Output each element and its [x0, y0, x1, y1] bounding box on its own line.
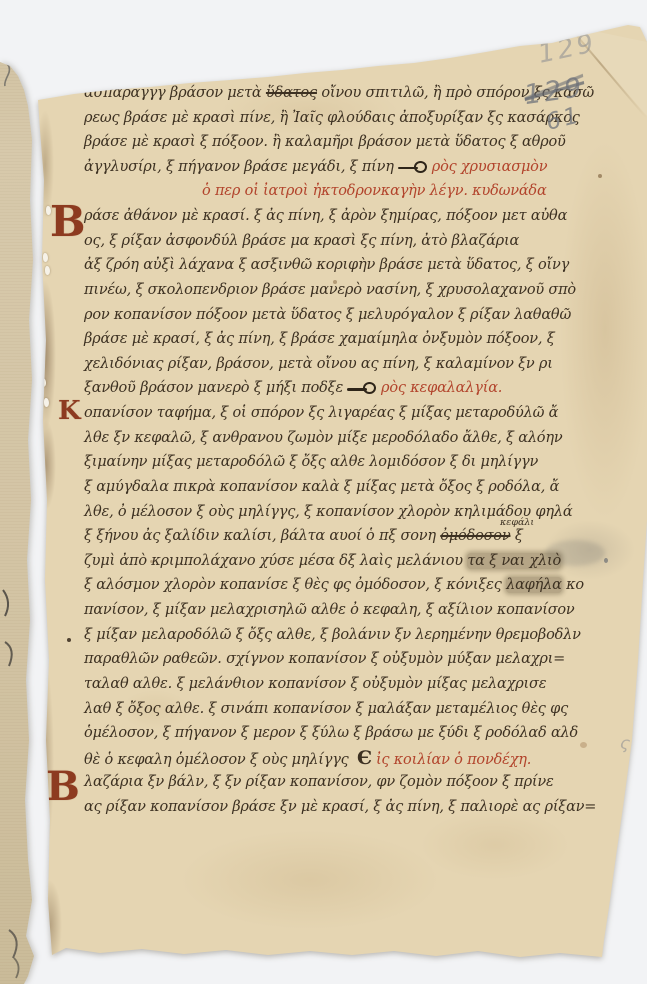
body-text: βράσε μὲ κρασὶ ξ πόξοον. ἢ καλαμῆρι βράσ… [84, 134, 566, 150]
manuscript-line: Βράσε ἀθάνον μὲ κρασί. ξ ἀς πίνη, ξ ἀρὸν… [84, 204, 567, 229]
body-text: ος, ξ ρίξαν ἀσφονδύλ βράσε μα κρασὶ ξς π… [84, 233, 519, 249]
sewing-thread [40, 632, 45, 641]
manuscript-line: ὁ περ οἱ ἰατροὶ ἠκτοδρονκαγὴν λέγν. κυδω… [202, 179, 547, 204]
manuscript-line: ος, ξ ρίξαν ἀσφονδύλ βράσε μα κρασὶ ξς π… [84, 229, 519, 254]
manuscript-leaf-wrap: ἀσπαραγγγ βράσον μετὰ ὕδατος οἴνου σπιτι… [0, 0, 647, 984]
rubric-text: ἰς κοιλίαν ὁ πονδέχη. [376, 752, 531, 768]
pencil-dot [604, 558, 608, 563]
manuscript-line: ξ ξήνου ἀς ξαλίδιν καλίσι, βάλτα αυοί ὁ … [84, 524, 523, 549]
body-text: πανίσον, ξ μίξαν μελαχρισηλῶ αλθε ὀ κεφα… [84, 602, 575, 618]
body-text: Є [353, 747, 376, 769]
gutter-stain [34, 660, 54, 860]
body-text: βράσε μὲ κρασί, ξ ἀς πίνη, ξ βράσε χαμαί… [84, 331, 555, 347]
paper-stain [180, 830, 440, 930]
body-text: ξ μίξαν μελαροδόλῶ ξ ὄξς αλθε, ξ βολάνιν… [84, 627, 581, 643]
body-text: ἀξ ζρόη αὐξὶ λάχανα ξ ασξινθῶ κοριφὴν βρ… [84, 257, 569, 273]
manuscript-line: ξ μίξαν μελαροδόλῶ ξ ὄξς αλθε, ξ βολάνιν… [84, 623, 581, 648]
body-text: ρον κοπανίσον πόξοον μετὰ ὕδατος ξ μελυρ… [84, 307, 571, 323]
body-text: ξ ξήνου ἀς ξαλίδιν καλίσι, βάλτα αυοί ὁ … [84, 528, 440, 544]
manuscript-page: ἀσπαραγγγ βράσον μετὰ ὕδατος οἴνου σπιτι… [0, 0, 647, 984]
body-text: λαζάρια ξν βάλν, ξ ξν ρίξαν κοπανίσον, φ… [84, 774, 554, 790]
manicule-nota-icon [398, 160, 428, 172]
pencil-annotation: ς [619, 733, 635, 755]
manuscript-line: ας ρίξαν κοπανίσον βράσε ξν μὲ κρασί, ξ … [84, 795, 596, 820]
manuscript-line: ξ αμύγδαλα πικρὰ κοπανίσον καλὰ ξ μίξας … [84, 475, 559, 500]
manuscript-line: πανίσον, ξ μίξαν μελαχρισηλῶ αλθε ὀ κεφα… [84, 598, 575, 623]
manuscript-line: ξ αλόσμον χλορὸν κοπανίσε ξ θὲς φς ὀμόδο… [84, 573, 584, 598]
body-text: ἀσπαραγγγ βράσον μετὰ [84, 85, 266, 101]
pencil-annotation: 129 [536, 28, 600, 70]
sewing-thread [43, 253, 48, 262]
body-text: πινέω, ξ σκολοπενδριον βράσε μανερὸ νασί… [84, 282, 576, 298]
manuscript-line: ζυμὶ ἀπὸ κριμπολάχανο χύσε μέσα δξ λαὶς … [84, 549, 561, 574]
body-text: ας ρίξαν κοπανίσον βράσε ξν μὲ κρασί, ξ … [84, 799, 596, 815]
manuscript-line: ὁμέλοσον, ξ πήγανον ξ μερον ξ ξύλω ξ βρά… [84, 721, 578, 746]
fly-speck [598, 174, 602, 178]
body-text: ζυμὶ ἀπὸ κριμπολάχανο χύσε μέσα δξ λαὶς … [84, 553, 467, 569]
body-text: παραθλῶν ραθεῶν. σχίγνον κοπανίσον ξ οὐξ… [84, 651, 565, 667]
manuscript-line: ρεως βράσε μὲ κρασὶ πίνε, ἢ Ἰαῖς φλούδαι… [84, 106, 580, 131]
body-text: ὁμέλοσον, ξ πήγανον ξ μερον ξ ξύλω ξ βρά… [84, 725, 578, 741]
manuscript-line: ἀξ ζρόη αὐξὶ λάχανα ξ ασξινθῶ κοριφὴν βρ… [84, 253, 569, 278]
body-text: ξιμαίνην μίξας μεταροδόλῶ ξ ὄξς αλθε λομ… [84, 454, 538, 470]
paper-stain [420, 810, 570, 880]
body-text: ὀμόδοσον [440, 528, 510, 544]
body-text: χελιδόνιας ρίξαν, βράσον, μετὰ οἴνου ας … [84, 356, 553, 372]
interline-note: κεφάλι [500, 517, 534, 528]
body-text: ὕδατος [266, 85, 317, 101]
manuscript-line: ταλαθ αλθε. ξ μελάνθιον κοπανίσον ξ οὐξυ… [84, 672, 546, 697]
gutter-stain [36, 420, 56, 510]
body-text: ξ [510, 528, 522, 544]
manuscript-line: βράσε μὲ κρασὶ ξ πόξοον. ἢ καλαμῆρι βράσ… [84, 130, 566, 155]
paper-stain [560, 140, 647, 520]
sewing-thread [44, 398, 49, 407]
manuscript-line: χελιδόνιας ρίξαν, βράσον, μετὰ οἴνου ας … [84, 352, 553, 377]
fly-speck [580, 742, 587, 748]
decorated-initial: Β [46, 767, 80, 807]
fly-speck [67, 638, 71, 642]
sewing-thread [41, 378, 46, 387]
manuscript-line: Κοπανίσον ταφήμα, ξ οἱ σπόρον ξς λιγαρέα… [84, 401, 558, 426]
rubric-text: ὁ περ οἱ ἰατροὶ ἠκτοδρονκαγὴν λέγν. κυδω… [202, 183, 547, 199]
body-text: ράσε ἀθάνον μὲ κρασί. ξ ἀς πίνη, ξ ἀρὸν … [84, 208, 567, 224]
interline-note: + [133, 68, 142, 81]
manuscript-line: πινέω, ξ σκολοπενδριον βράσε μανερὸ νασί… [84, 278, 576, 303]
manuscript-line: θὲ ὁ κεφαλη ὁμέλοσον ξ οὺς μηλίγγς Єἰς κ… [84, 746, 531, 771]
manicule-nota-icon [347, 381, 377, 393]
body-text: κο [562, 577, 584, 593]
decorated-initial: Κ [58, 398, 80, 424]
manuscript-line: ρον κοπανίσον πόξοον μετὰ ὕδατος ξ μελυρ… [84, 303, 571, 328]
body-text: οπανίσον ταφήμα, ξ οἱ σπόρον ξς λιγαρέας… [84, 405, 558, 421]
manuscript-line: λαθ ξ ὄξος αλθε. ξ σινάπι κοπανίσον ξ μα… [84, 697, 568, 722]
body-text: τα ξ ναι χλιὸ [467, 553, 561, 569]
decorated-initial: Β [50, 201, 85, 243]
body-text: ξ αμύγδαλα πικρὰ κοπανίσον καλὰ ξ μίξας … [84, 479, 559, 495]
body-text: λθε ξν κεφαλῶ, ξ ανθρανου ζωμὸν μίξε μερ… [84, 430, 562, 446]
sewing-thread [45, 266, 50, 275]
rubric-text: ρὸς κεφαλαλγία. [381, 380, 502, 396]
body-text: λαθ ξ ὄξος αλθε. ξ σινάπι κοπανίσον ξ μα… [84, 701, 568, 717]
body-text: θὲ ὁ κεφαλη ὁμέλοσον ξ οὺς μηλίγγς [84, 752, 353, 768]
rubric-text: ρὸς χρυσιασμὸν [432, 159, 548, 175]
manuscript-line: ἀγγλυσίρι, ξ πήγανον βράσε μεγάδι, ξ πίν… [84, 155, 547, 180]
body-text: λαφήλα [506, 577, 562, 593]
body-text: ταλαθ αλθε. ξ μελάνθιον κοπανίσον ξ οὐξυ… [84, 676, 546, 692]
body-text: ξανθοῦ βράσον μανερὸ ξ μήξι ποδξε [84, 380, 343, 396]
gutter-stain [38, 880, 62, 970]
manuscript-line: παραθλῶν ραθεῶν. σχίγνον κοπανίσον ξ οὐξ… [84, 647, 565, 672]
gutter-stain [34, 280, 56, 430]
manuscript-line: λθε ξν κεφαλῶ, ξ ανθρανου ζωμὸν μίξε μερ… [84, 426, 562, 451]
manuscript-line: βράσε μὲ κρασί, ξ ἀς πίνη, ξ βράσε χαμαί… [84, 327, 555, 352]
manuscript-line: Βλαζάρια ξν βάλν, ξ ξν ρίξαν κοπανίσον, … [84, 770, 554, 795]
body-text: ξ αλόσμον χλορὸν κοπανίσε ξ θὲς φς ὀμόδο… [84, 577, 506, 593]
body-text: ἀγγλυσίρι, ξ πήγανον βράσε μεγάδι, ξ πίν… [84, 159, 394, 175]
manuscript-line: ξανθοῦ βράσον μανερὸ ξ μήξι ποδξερὸς κεφ… [84, 376, 502, 401]
manuscript-line: ξιμαίνην μίξας μεταροδόλῶ ξ ὄξς αλθε λομ… [84, 450, 538, 475]
body-text: ρεως βράσε μὲ κρασὶ πίνε, ἢ Ἰαῖς φλούδαι… [84, 110, 580, 126]
manuscript-line: ἀσπαραγγγ βράσον μετὰ ὕδατος οἴνου σπιτι… [84, 81, 594, 106]
